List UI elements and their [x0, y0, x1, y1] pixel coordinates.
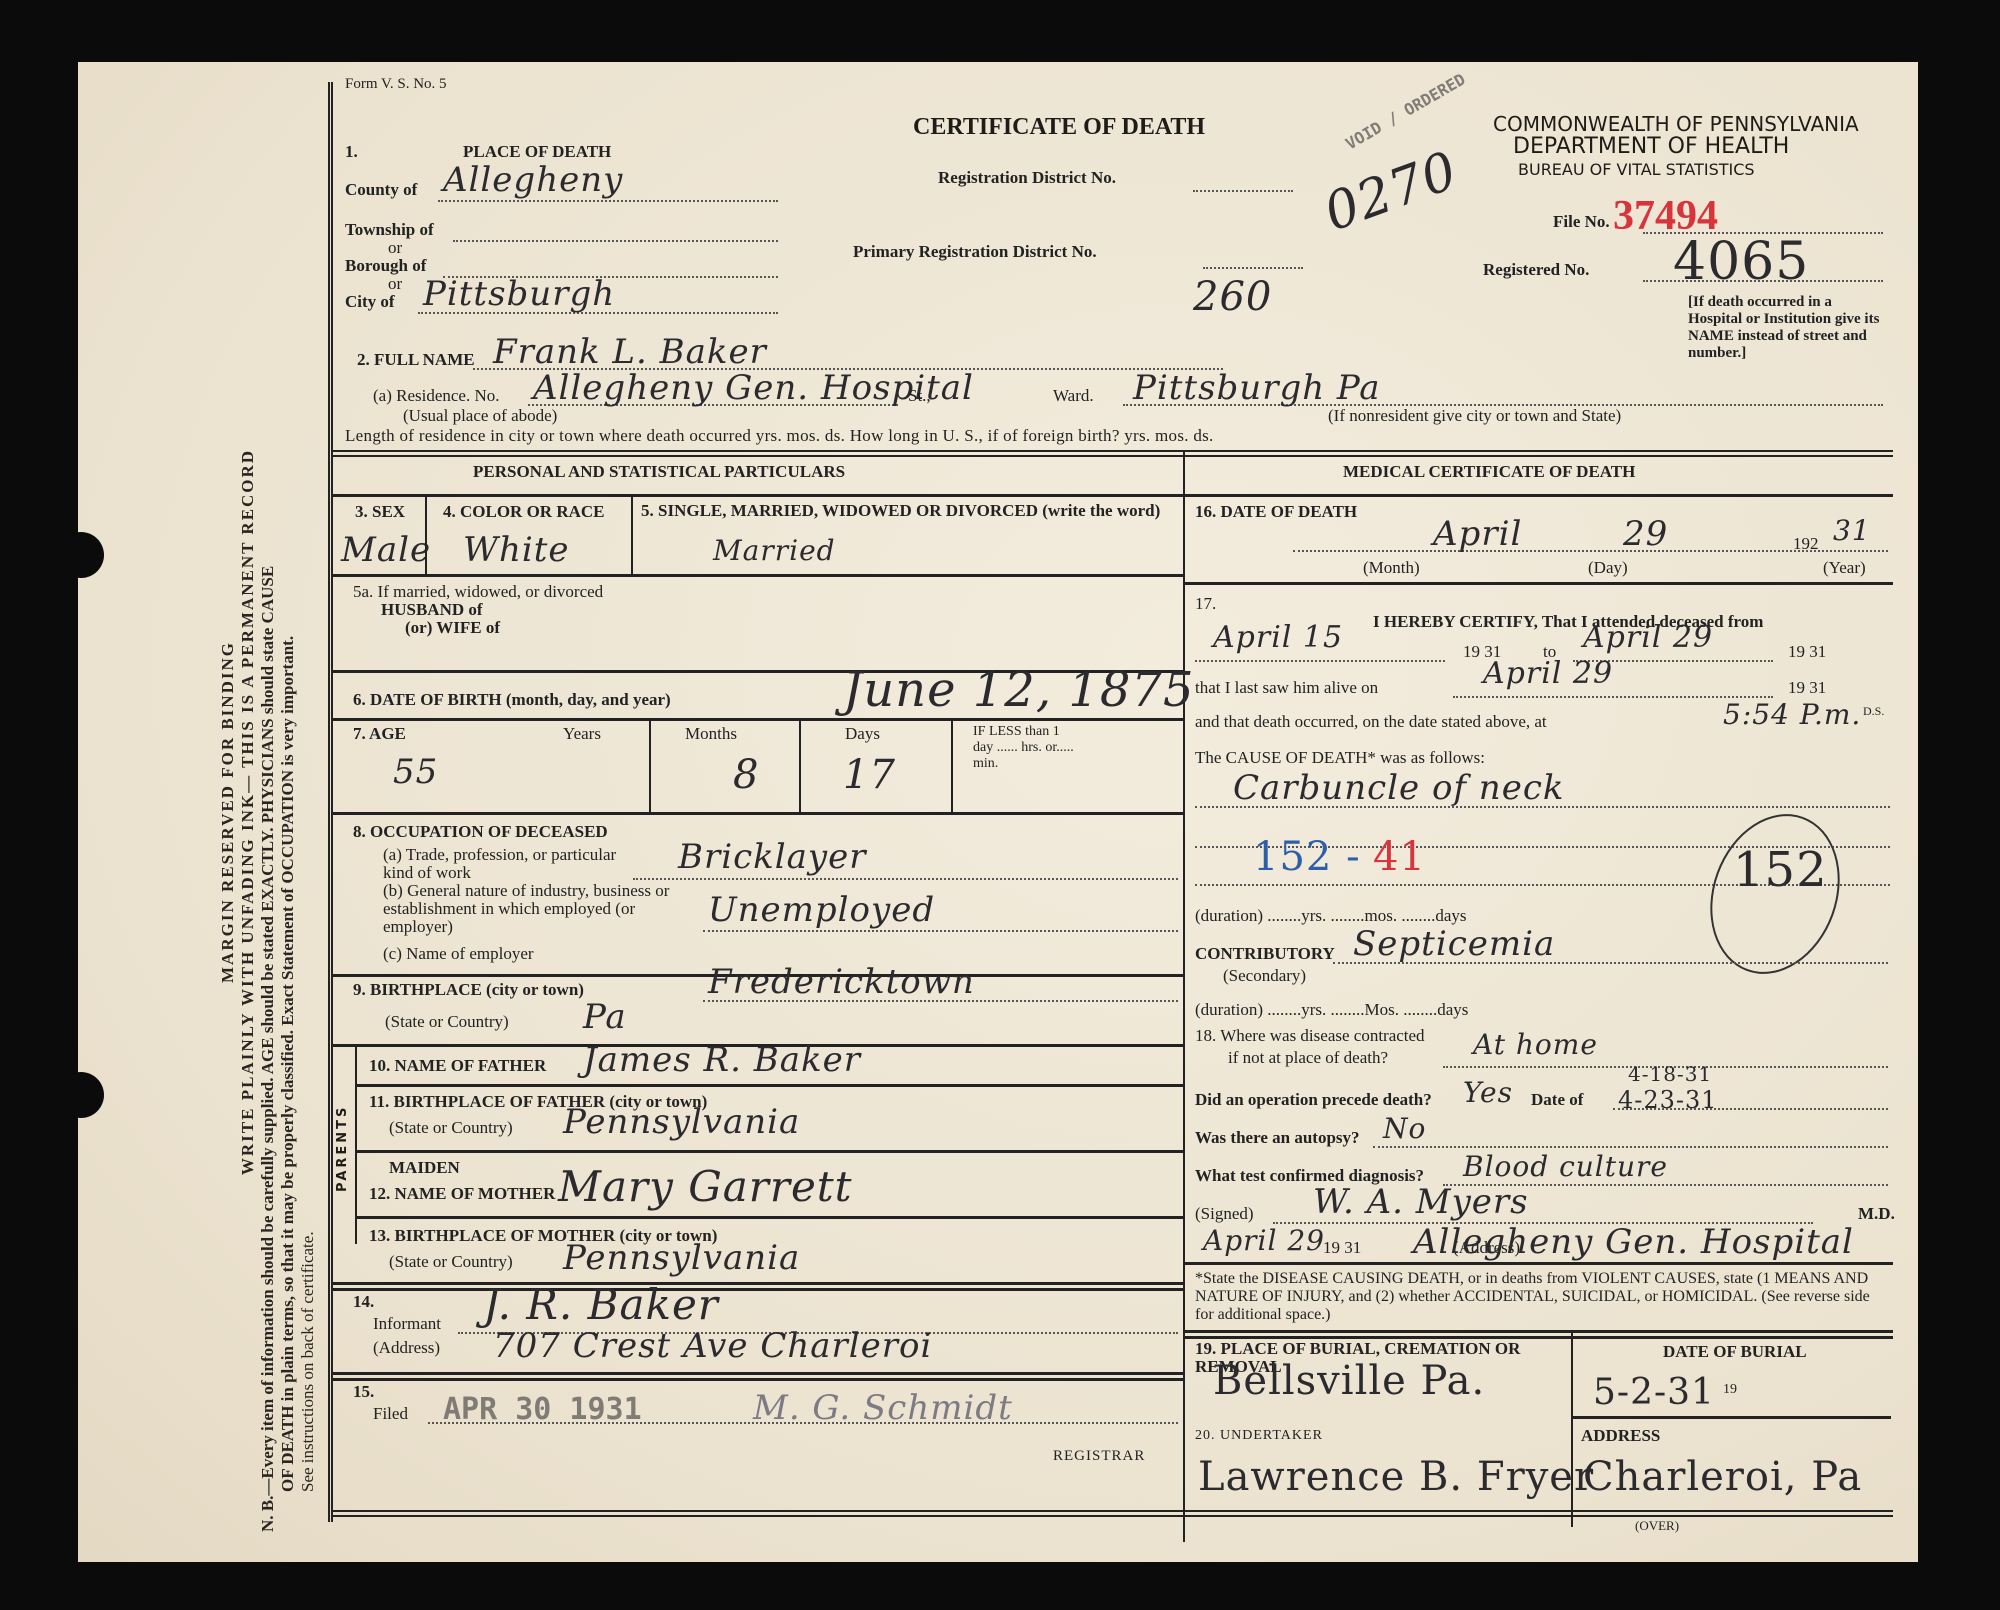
certificate-title: CERTIFICATE OF DEATH	[913, 114, 1205, 141]
mother-birthplace-value: Pennsylvania	[563, 1238, 800, 1278]
void-stamp: VOID / ORDERED	[1342, 70, 1468, 154]
birthplace-state-value: Pa	[583, 997, 627, 1037]
cause-code-blue: 152 -	[1253, 834, 1361, 880]
birthplace-city-value: Fredericktown	[708, 962, 975, 1002]
agency-line-1: COMMONWEALTH OF PENNSYLVANIA	[1493, 112, 1859, 136]
burial-date: 5-2-31	[1593, 1372, 1715, 1413]
binding-margin: MARGIN RESERVED FOR BINDING WRITE PLAINL…	[78, 62, 318, 1562]
personal-heading: PERSONAL AND STATISTICAL PARTICULARS	[473, 462, 845, 482]
dod-month: April	[1433, 514, 1522, 554]
time-of-death: 5:54 P.m.	[1723, 698, 1861, 731]
age-months-value: 8	[733, 752, 759, 798]
autopsy-value: No	[1383, 1112, 1426, 1145]
punch-hole-bottom	[58, 1072, 104, 1118]
dod-day: 29	[1623, 514, 1668, 554]
contributory-value: Septicemia	[1353, 924, 1555, 964]
certificate-paper: MARGIN RESERVED FOR BINDING WRITE PLAINL…	[78, 62, 1918, 1562]
age-years-value: 55	[393, 752, 438, 792]
age-days-value: 17	[843, 752, 896, 798]
medical-heading: MEDICAL CERTIFICATE OF DEATH	[1343, 462, 1635, 482]
punch-hole-top	[58, 532, 104, 578]
last-saw-date: April 29	[1483, 656, 1613, 691]
cause-of-death: Carbuncle of neck	[1233, 768, 1564, 808]
operation-value: Yes	[1463, 1076, 1513, 1109]
informant-name: J. R. Baker	[483, 1280, 719, 1329]
attended-from: April 15	[1213, 620, 1343, 655]
duration-line: (duration) ........yrs. ........mos. ...…	[1195, 906, 1467, 926]
agency-line-2: DEPARTMENT OF HEALTH	[1513, 134, 1789, 159]
dob-value: June 12, 1875	[843, 662, 1194, 718]
father-birthplace-value: Pennsylvania	[563, 1102, 800, 1142]
undertaker-name: Lawrence B. Fryer	[1198, 1454, 1594, 1500]
registrar-signature: M. G. Schmidt	[753, 1388, 1013, 1428]
trade-value: Bricklayer	[678, 837, 866, 877]
marital-value: Married	[713, 534, 836, 567]
cause-footnote: *State the DISEASE CAUSING DEATH, or in …	[1195, 1270, 1890, 1324]
parents-label: PARENTS	[335, 1105, 350, 1192]
column-divider	[1183, 452, 1185, 1542]
test-value: Blood culture	[1463, 1150, 1668, 1183]
form-number: Form V. S. No. 5	[345, 76, 447, 93]
full-name-value: Frank L. Baker	[493, 332, 767, 372]
mother-value: Mary Garrett	[558, 1162, 853, 1211]
certificate-form: Form V. S. No. 5 CERTIFICATE OF DEATH CO…	[328, 82, 1903, 1522]
duration-line-2: (duration) ........yrs. ........Mos. ...…	[1195, 1000, 1468, 1020]
signed-date: April 29	[1203, 1224, 1325, 1257]
dod-year: 31	[1833, 514, 1871, 547]
undertaker-address: Charleroi, Pa	[1583, 1454, 1862, 1500]
physician-signature: W. A. Myers	[1313, 1182, 1529, 1222]
operation-date-1: 4-18-31	[1628, 1062, 1712, 1086]
length-of-residence: Length of residence in city or town wher…	[345, 426, 1214, 446]
burial-place: Bellsville Pa.	[1213, 1358, 1485, 1404]
race-value: White	[463, 530, 570, 570]
ward-value: Pittsburgh Pa	[1133, 368, 1381, 408]
agency-line-3: BUREAU OF VITAL STATISTICS	[1518, 160, 1755, 179]
registered-number: 4065	[1673, 232, 1809, 292]
registration-district-value: 0270	[1317, 140, 1466, 243]
physician-address: Allegheny Gen. Hospital	[1413, 1222, 1854, 1262]
filed-date-stamp: APR 30 1931	[443, 1392, 642, 1427]
attended-to: April 29	[1583, 620, 1713, 655]
sex-value: Male	[341, 530, 431, 570]
industry-value: Unemployed	[708, 890, 935, 930]
hospital-note: [If death occurred in a Hospital or Inst…	[1688, 294, 1888, 362]
county-value: Allegheny	[443, 160, 623, 200]
primary-district-value: 260	[1193, 274, 1272, 320]
place-of-death-heading: PLACE OF DEATH	[463, 142, 611, 162]
circled-code: 152	[1733, 842, 1828, 898]
informant-address: 707 Crest Ave Charleroi	[493, 1326, 932, 1366]
contracted-value: At home	[1473, 1028, 1598, 1061]
cause-code-red: 41	[1373, 834, 1426, 880]
city-value: Pittsburgh	[423, 274, 615, 314]
father-value: James R. Baker	[583, 1040, 861, 1080]
